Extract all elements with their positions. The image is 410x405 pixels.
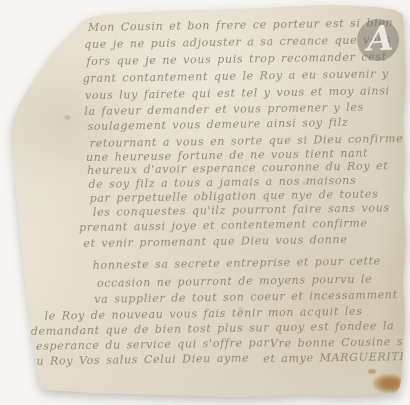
manuscript-line: esperance du service qui s'offre par [36, 337, 270, 353]
manuscript-line: honneste sa secrete entreprise et pour c… [93, 255, 381, 272]
manuscript-line: et amye MARGUERITE [263, 351, 408, 365]
manuscript-line: et venir promenant que Dieu vous donne [83, 234, 347, 250]
paper-shadow: Mon Cousin et bon frere ce porteur est s… [0, 0, 410, 405]
manuscript-line: occasion ne pourront de moyens pourvu le [97, 274, 372, 290]
photo-background: Mon Cousin et bon frere ce porteur est s… [0, 0, 410, 405]
manuscript-line: fors que je ne vous puis trop recomander… [86, 51, 387, 68]
collector-stamp: A [357, 19, 399, 61]
manuscript-line: prenant aussi joye et contentement confi… [79, 218, 368, 235]
manuscript-line: grant contantement que le Roy a eu souve… [83, 68, 389, 85]
manuscript-line: Vre bonne Cousine seur [270, 336, 410, 350]
manuscript-line: soulagement vous demeure ainsi soy filz [87, 117, 348, 133]
manuscript-line: vous luy fairete qui est tel y vous et m… [85, 85, 390, 102]
manuscript-line: au Roy Vos salus Celui Dieu ayme [29, 353, 249, 368]
letter-paper: Mon Cousin et bon frere ce porteur est s… [0, 0, 410, 405]
manuscript-line: que je ne puis adjouster a sa creance qu… [84, 34, 391, 51]
foxing-speck [17, 325, 21, 329]
manuscript-text: Mon Cousin et bon frere ce porteur est s… [0, 0, 410, 405]
ink-stain-dot [368, 369, 376, 374]
ink-stain [373, 374, 403, 393]
stamp-monogram-letter: A [366, 22, 394, 57]
manuscript-line: Mon Cousin et bon frere ce porteur est s… [88, 17, 394, 34]
manuscript-line: va supplier de tout son coeur et incessa… [94, 289, 398, 306]
